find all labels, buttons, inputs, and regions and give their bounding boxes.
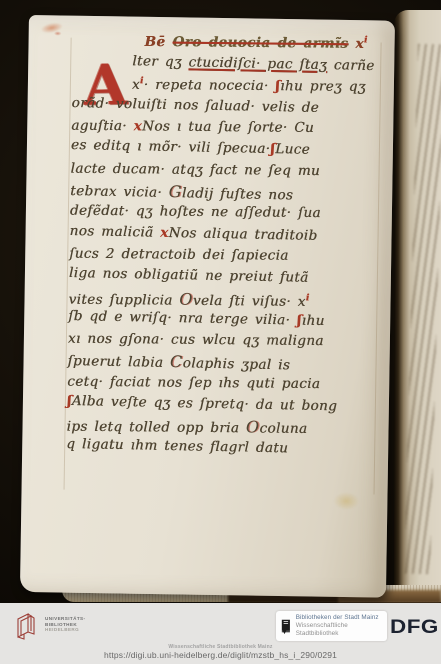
- manuscript-segment: olaphis ʒpal is: [182, 356, 290, 374]
- manuscript-segment: tebrax vicia·: [70, 183, 169, 201]
- manuscript-segment: lacte ducam· atqʒ fact ne ſeq mu: [71, 160, 321, 178]
- page-stain: [329, 489, 363, 514]
- manuscript-line: q ligatu ıhm tenes flagrl datu: [66, 436, 382, 464]
- manuscript-segment: xı nos gſona· cus wlcu qʒ maligna: [68, 331, 324, 349]
- manuscript-segment: i: [306, 293, 310, 303]
- manuscript-segment: ſucs 2 detractoib dei ſapiecia: [69, 246, 289, 264]
- manuscript-segment: Nos ı tua ſue ſorte· Cu: [142, 119, 314, 137]
- manuscript-segment: ladij fuſtes nos: [182, 185, 294, 203]
- heidelberg-library-logo: UNIVERSITÄTS- BIBLIOTHEK HEIDELBERG: [14, 612, 85, 640]
- source-url: https://digi.ub.uni-heidelberg.de/diglit…: [0, 650, 441, 660]
- manuscript-segment: coluna: [259, 421, 307, 437]
- library-footer-bar: UNIVERSITÄTS- BIBLIOTHEK HEIDELBERG Bibl…: [0, 603, 441, 664]
- manuscript-segment: aguſtia·: [71, 118, 134, 135]
- manuscript-segment: i: [364, 35, 368, 45]
- manuscript-segment: ıhu preʒ qʒ: [280, 78, 366, 95]
- manuscript-segment: defẽdat· qʒ hoſtes ne aſſedut· ſua: [70, 203, 321, 221]
- page-stain: [36, 19, 68, 38]
- manuscript-segment: carñe: [327, 57, 375, 74]
- next-page-blurred-text: [404, 44, 441, 574]
- manuscript-segment: cetq· faciat nos ſep ıhs quti pacia: [67, 373, 320, 391]
- manuscript-segment: nos maliciã: [69, 223, 160, 241]
- manuscript-segment: ctucidiſci· pac ſtaʒ: [188, 55, 327, 74]
- dfg-logo: DFG: [390, 615, 439, 638]
- manuscript-segment: vela ſti viſus· x: [193, 292, 306, 309]
- manuscript-segment: Luce: [275, 142, 310, 159]
- manuscript-segment: x: [134, 118, 143, 134]
- page-stain: [53, 30, 63, 36]
- mainz-logo-text: Bibliotheken der Stadt Mainz Wissenschaf…: [296, 614, 383, 638]
- mainz-library-logo: Bibliotheken der Stadt Mainz Wissenschaf…: [276, 611, 387, 641]
- manuscript-segment: ips letq tolled opp bria: [66, 419, 246, 437]
- mainz-line1: Bibliotheken der Stadt Mainz: [296, 614, 383, 622]
- manuscript-photo: A Bē Oro deuocia de armĩs xilter qʒ ctuc…: [0, 0, 441, 603]
- heidelberg-logo-text: UNIVERSITÄTS- BIBLIOTHEK HEIDELBERG: [45, 612, 85, 633]
- digitized-manuscript-view: A Bē Oro deuocia de armĩs xilter qʒ ctuc…: [0, 0, 441, 664]
- manuscript-segment: Nos aliqua traditoib: [168, 225, 317, 244]
- manuscript-segment: Oro deuocia de armĩs: [172, 34, 348, 52]
- manuscript-segment: ſpuerut labia: [67, 353, 170, 371]
- manuscript-segment: O: [179, 289, 193, 308]
- book-fore-edge: [394, 10, 441, 600]
- heidelberg-logo-icon: [14, 612, 38, 640]
- manuscript-segment: es editq ı mõr· vili ſpecua·: [71, 137, 271, 157]
- manuscript-segment: x: [348, 36, 364, 52]
- manuscript-segment: liga nos obligatiũ ne preiut futã: [69, 265, 309, 286]
- manuscript-segment: C: [170, 352, 183, 371]
- manuscript-page: A Bē Oro deuocia de armĩs xilter qʒ ctuc…: [20, 15, 395, 598]
- manuscript-segment: Bē: [145, 34, 173, 50]
- manuscript-segment: ſb qd e wriſq· nra terge vilia·: [68, 308, 297, 329]
- manuscript-segment: · repeta nocecia·: [144, 76, 276, 93]
- manuscript-segment: vites ſupplicia: [68, 291, 179, 308]
- manuscript-segment: ıhu: [302, 313, 325, 329]
- manuscript-segment: O: [246, 418, 260, 437]
- manuscript-segment: x: [132, 76, 140, 92]
- heidelberg-line3: HEIDELBERG: [45, 627, 85, 633]
- heidelberg-line1: UNIVERSITÄTS-: [45, 616, 85, 622]
- book-icon: [280, 618, 292, 635]
- mainz-line2: Wissenschaftliche Stadtbibliothek: [296, 622, 383, 638]
- manuscript-segment: lter qʒ: [132, 53, 189, 70]
- manuscript-text-block: Bē Oro deuocia de armĩs xilter qʒ ctucid…: [66, 32, 389, 463]
- manuscript-segment: G: [169, 182, 183, 201]
- manuscript-segment: x: [160, 224, 169, 240]
